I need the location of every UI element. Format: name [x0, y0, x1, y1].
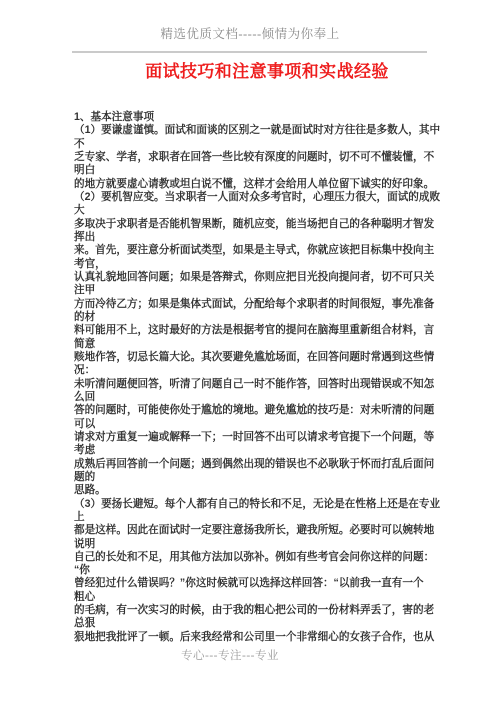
footer-note: 专心---专注---专业: [0, 649, 460, 663]
document-body-text: 1、基本注意事项 （1）要谦虚谨慎。面试和面谈的区别之一就是面试时对方往往是多数…: [74, 111, 448, 644]
document-page: 精选优质文档-----倾情为你奉上 面试技巧和注意事项和实战经验 1、基本注意事…: [0, 0, 500, 708]
header-divider: [72, 51, 427, 53]
page-title: 面试技巧和注意事项和实战经验: [34, 61, 500, 83]
header-note: 精选优质文档-----倾情为你奉上: [0, 27, 500, 42]
